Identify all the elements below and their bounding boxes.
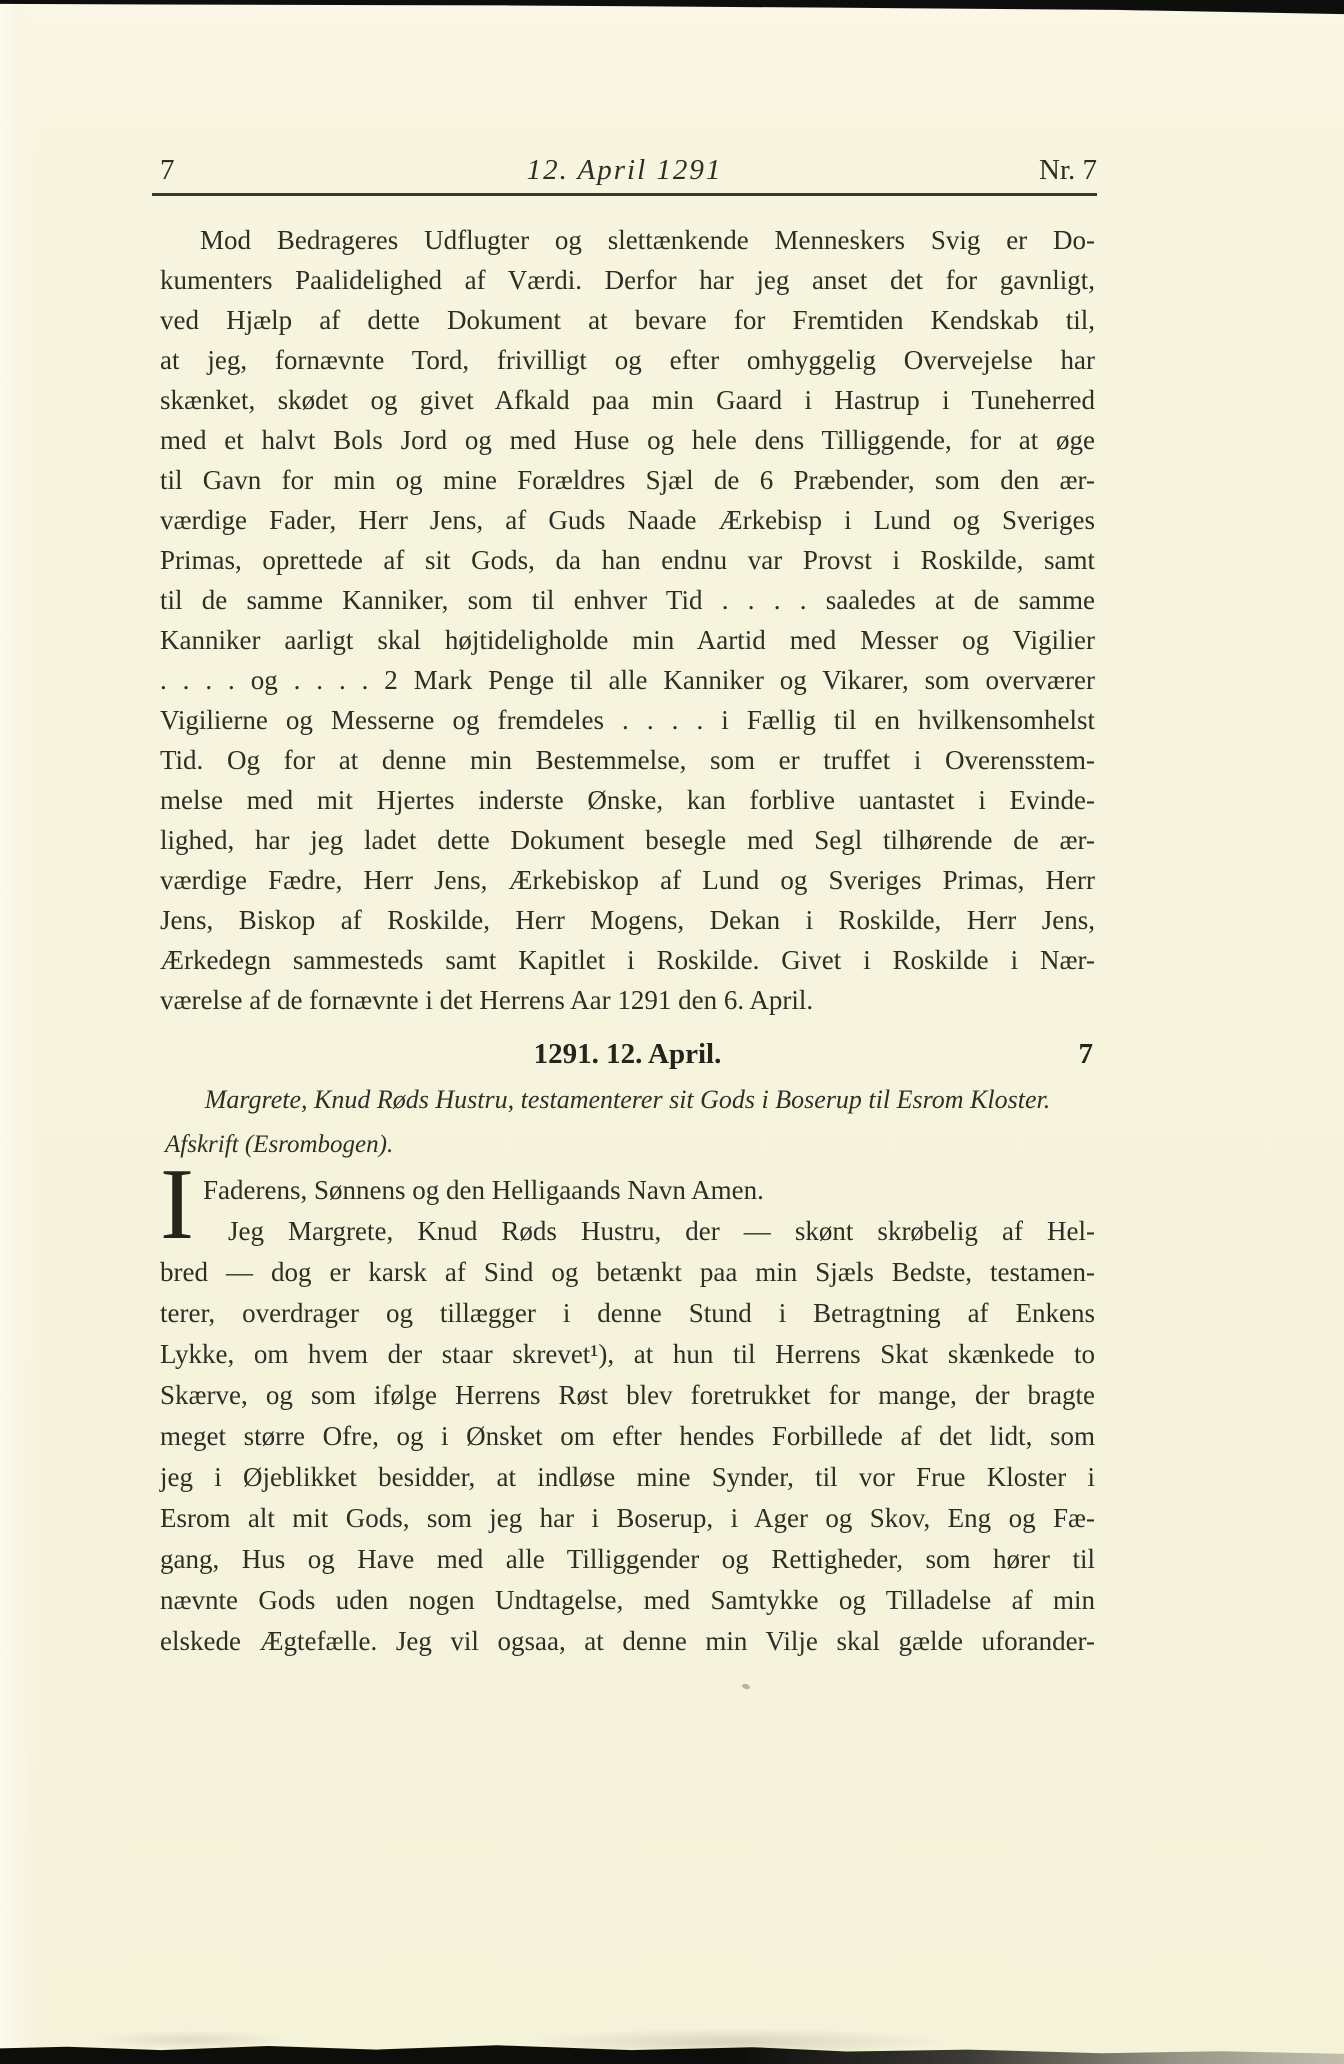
text-line: nævnte Gods uden nogen Undtagelse, med S… [160,1580,1095,1621]
ink-speck [741,1683,750,1690]
text-line: Kanniker aarligt skal højtideligholde mi… [160,620,1095,660]
text-line: Vigilierne og Messerne og fremdeles . . … [160,700,1095,740]
document-6-text: Mod Bedrageres Udflugter og slettænkende… [160,220,1095,1020]
text-line: melse med mit Hjertes inderste Ønske, ka… [160,780,1095,820]
document-7-text: I Faderens, Sønnens og den Helligaands N… [160,1170,1095,1662]
entry-heading-date: 1291. 12. April. [534,1038,722,1070]
text-line: meget større Ofre, og i Ønsket om efter … [160,1416,1095,1457]
text-line: elskede Ægtefælle. Jeg vil ogsaa, at den… [160,1621,1095,1662]
entry-number: 7 [1079,1034,1094,1074]
text-line: værelse af de fornævnte i det Herrens Aa… [160,980,1095,1020]
text-line: Mod Bedrageres Udflugter og slettænkende… [160,220,1095,260]
drop-cap: I [160,1164,203,1246]
running-head-entry-number: Nr. 7 [1039,150,1097,190]
scan-edge-top [0,0,1344,16]
text-line: Primas, oprettede af sit Gods, da han en… [160,540,1095,580]
text-line: Faderens, Sønnens og den Helligaands Nav… [160,1170,1095,1211]
text-line: Jens, Biskop af Roskilde, Herr Mogens, D… [160,900,1095,940]
text-line: bred — dog er karsk af Sind og betænkt p… [160,1252,1095,1293]
header-rule [152,193,1097,196]
text-line: med et halvt Bols Jord og med Huse og he… [160,420,1095,460]
text-line: Jeg Margrete, Knud Røds Hustru, der — sk… [160,1211,1095,1252]
text-line: værdige Fædre, Herr Jens, Ærkebiskop af … [160,860,1095,900]
entry-source-note: Afskrift (Esrombogen). [165,1126,865,1164]
text-line: ved Hjælp af dette Dokument at bevare fo… [160,300,1095,340]
text-line: Lykke, om hvem der staar skrevet¹), at h… [160,1334,1095,1375]
text-line: værdige Fader, Herr Jens, af Guds Naade … [160,500,1095,540]
text-line: Skærve, og som ifølge Herrens Røst blev … [160,1375,1095,1416]
running-head-date: 12. April 1291 [152,150,1097,190]
text-line: til Gavn for min og mine Forældres Sjæl … [160,460,1095,500]
text-line: terer, overdrager og tillægger i denne S… [160,1293,1095,1334]
entry-heading: 1291. 12. April. 7 [160,1034,1095,1074]
text-line: . . . . og . . . . 2 Mark Penge til alle… [160,660,1095,700]
text-line: til de samme Kanniker, som til enhver Ti… [160,580,1095,620]
running-header: 7 12. April 1291 Nr. 7 [152,150,1097,190]
text-line: jeg i Øjeblikket besidder, at indløse mi… [160,1457,1095,1498]
text-line: Tid. Og for at denne min Bestemmelse, so… [160,740,1095,780]
text-line: kumenters Paalidelighed af Værdi. Derfor… [160,260,1095,300]
text-line: Ærkedegn sammesteds samt Kapitlet i Rosk… [160,940,1095,980]
text-line: lighed, har jeg ladet dette Dokument bes… [160,820,1095,860]
text-line: skænket, skødet og givet Afkald paa min … [160,380,1095,420]
entry-summary: Margrete, Knud Røds Hustru, testamentere… [160,1080,1095,1120]
text-line: Esrom alt mit Gods, som jeg har i Boseru… [160,1498,1095,1539]
text-line: at jeg, fornævnte Tord, frivilligt og ef… [160,340,1095,380]
text-line: gang, Hus og Have med alle Tilliggender … [160,1539,1095,1580]
